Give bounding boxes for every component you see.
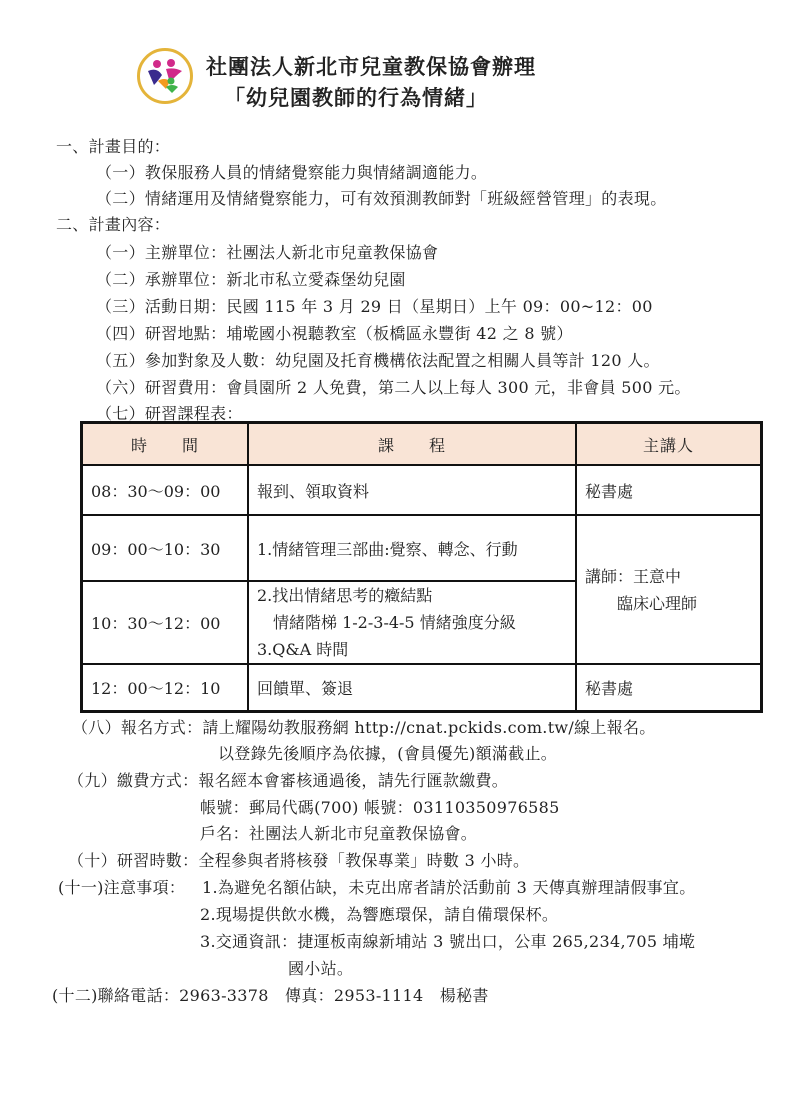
content-item-participants: （五）參加對象及人數：幼兒園及托育機構依法配置之相關人員等計 120 人。: [96, 348, 660, 371]
content-item-venue: （四）研習地點：埔墘國小視聽教室（板橋區永豐街 42 之 8 號）: [96, 321, 573, 344]
speaker-name: 講師：王意中: [585, 563, 752, 590]
note-item: 1.為避免名額佔缺，未克出席者請於活動前 3 天傳真辦理請假事宜。: [202, 875, 696, 898]
cell-time: 08：30～09：00: [82, 465, 249, 515]
content-item-date: （三）活動日期：民國 115 年 3 月 29 日（星期日）上午 09：00~1…: [96, 294, 653, 317]
association-logo: [137, 48, 193, 104]
cell-speaker-lecturer: 講師：王意中 臨床心理師: [576, 515, 762, 664]
registration-method: （八）報名方式：請上耀陽幼教服務網 http://cnat.pckids.com…: [72, 715, 656, 738]
table-row: 09：00～10：30 1.情緒管理三部曲:覺察、轉念、行動 講師：王意中 臨床…: [82, 515, 762, 581]
cell-time: 10：30～12：00: [82, 581, 249, 664]
table-header-row: 時 間 課 程 主講人: [82, 423, 762, 466]
cell-time: 12：00～12：10: [82, 664, 249, 711]
column-header-speaker: 主講人: [576, 423, 762, 466]
page-title-topic: 「幼兒園教師的行為情緒」: [224, 82, 488, 112]
cell-speaker: 秘書處: [576, 664, 762, 711]
cell-course: 報到、領取資料: [248, 465, 576, 515]
course-line: 情緒階梯 1-2-3-4-5 情緒強度分級: [257, 609, 567, 636]
section-heading-content: 二、計畫內容：: [56, 212, 170, 235]
column-header-time: 時 間: [82, 423, 249, 466]
course-line: 2.找出情緒思考的癥結點: [257, 582, 567, 609]
note-item-transport: 3.交通資訊：捷運板南線新埔站 3 號出口，公車 265,234,705 埔墘: [200, 929, 695, 952]
contact-info: (十二)聯絡電話：2963-3378 傳真：2953-1114 楊秘書: [52, 983, 489, 1006]
registration-note: 以登錄先後順序為依據，(會員優先)額滿截止。: [218, 741, 557, 764]
purpose-item: （二）情緒運用及情緒覺察能力，可有效預測教師對「班級經營管理」的表現。: [96, 186, 667, 209]
payment-method: （九）繳費方式：報名經本會審核通過後，請先行匯款繳費。: [68, 768, 508, 791]
section-heading-purpose: 一、計畫目的：: [56, 134, 170, 157]
cell-speaker: 秘書處: [576, 465, 762, 515]
content-item-host: （二）承辦單位：新北市私立愛森堡幼兒園: [96, 267, 406, 290]
speaker-title: 臨床心理師: [585, 590, 752, 617]
table-row: 12：00～12：10 回饋單、簽退 秘書處: [82, 664, 762, 711]
table-row: 08：30～09：00 報到、領取資料 秘書處: [82, 465, 762, 515]
payment-account-name: 戶名：社團法人新北市兒童教保協會。: [200, 821, 477, 844]
logo-figures-icon: [140, 51, 190, 101]
payment-account: 帳號：郵局代碼(700) 帳號：03110350976585: [200, 795, 560, 818]
notes-label: (十一)注意事項：: [58, 875, 185, 898]
page-title-organizer: 社團法人新北市兒童教保協會辦理: [206, 51, 536, 81]
cell-course: 回饋單、簽退: [248, 664, 576, 711]
cell-course: 1.情緒管理三部曲:覺察、轉念、行動: [248, 515, 576, 581]
schedule-table: 時 間 課 程 主講人 08：30～09：00 報到、領取資料 秘書處 09：0…: [80, 421, 763, 713]
content-item-fees: （六）研習費用：會員園所 2 人免費，第二人以上每人 300 元，非會員 500…: [96, 375, 691, 398]
column-header-course: 課 程: [248, 423, 576, 466]
purpose-item: （一）教保服務人員的情緒覺察能力與情緒調適能力。: [96, 160, 487, 183]
content-item-organizer: （一）主辦單位：社團法人新北市兒童教保協會: [96, 240, 438, 263]
cell-course: 2.找出情緒思考的癥結點 情緒階梯 1-2-3-4-5 情緒強度分級 3.Q&A…: [248, 581, 576, 664]
note-item: 2.現場提供飲水機，為響應環保，請自備環保杯。: [200, 902, 558, 925]
note-item-transport-cont: 國小站。: [288, 956, 353, 979]
training-hours: （十）研習時數：全程參與者將核發「教保專業」時數 3 小時。: [68, 848, 529, 871]
course-line: 3.Q&A 時間: [257, 636, 567, 663]
cell-time: 09：00～10：30: [82, 515, 249, 581]
